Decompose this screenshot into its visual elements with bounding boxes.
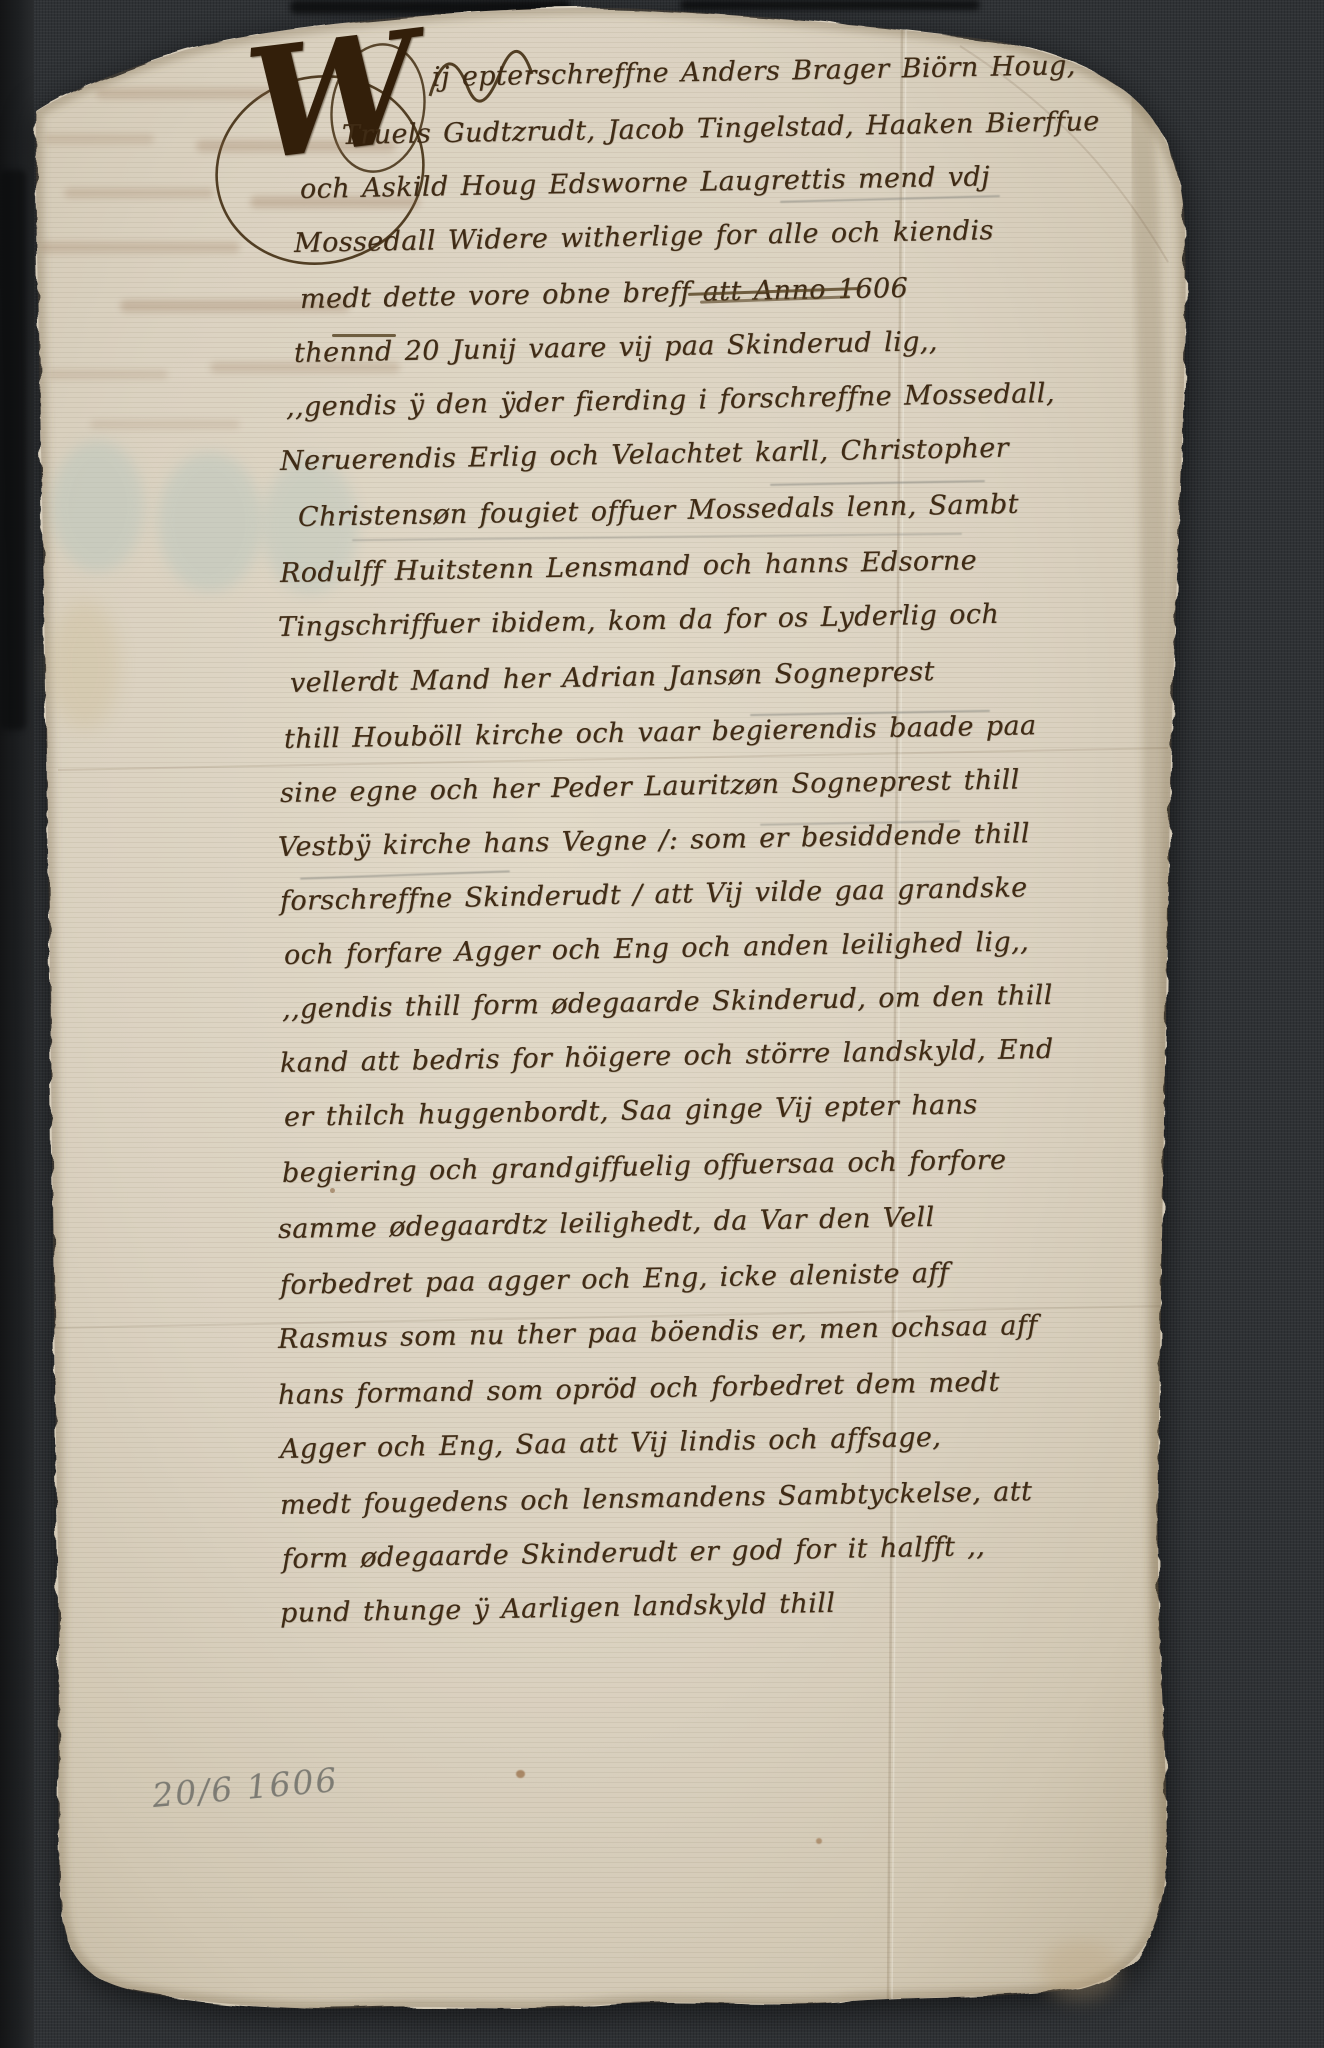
bleed-through-mark (64, 188, 214, 198)
stain (816, 1838, 822, 1844)
seal-bleed-oval (158, 452, 262, 592)
bleed-through-mark (90, 420, 240, 429)
bleed-through-mark (40, 242, 240, 253)
scanned-manuscript-page: W ij epterschreffne Anders Brager Biörn … (0, 0, 1324, 2048)
seal-bleed-oval (52, 440, 144, 572)
bleed-through-mark (44, 134, 154, 144)
stain (1040, 1940, 1120, 2000)
stain (516, 1770, 525, 1778)
flourished-initial: W (238, 0, 429, 195)
ink-overline-20 (332, 334, 396, 337)
stain (50, 600, 120, 730)
bleed-through-mark (48, 370, 168, 379)
stain (330, 1188, 335, 1193)
